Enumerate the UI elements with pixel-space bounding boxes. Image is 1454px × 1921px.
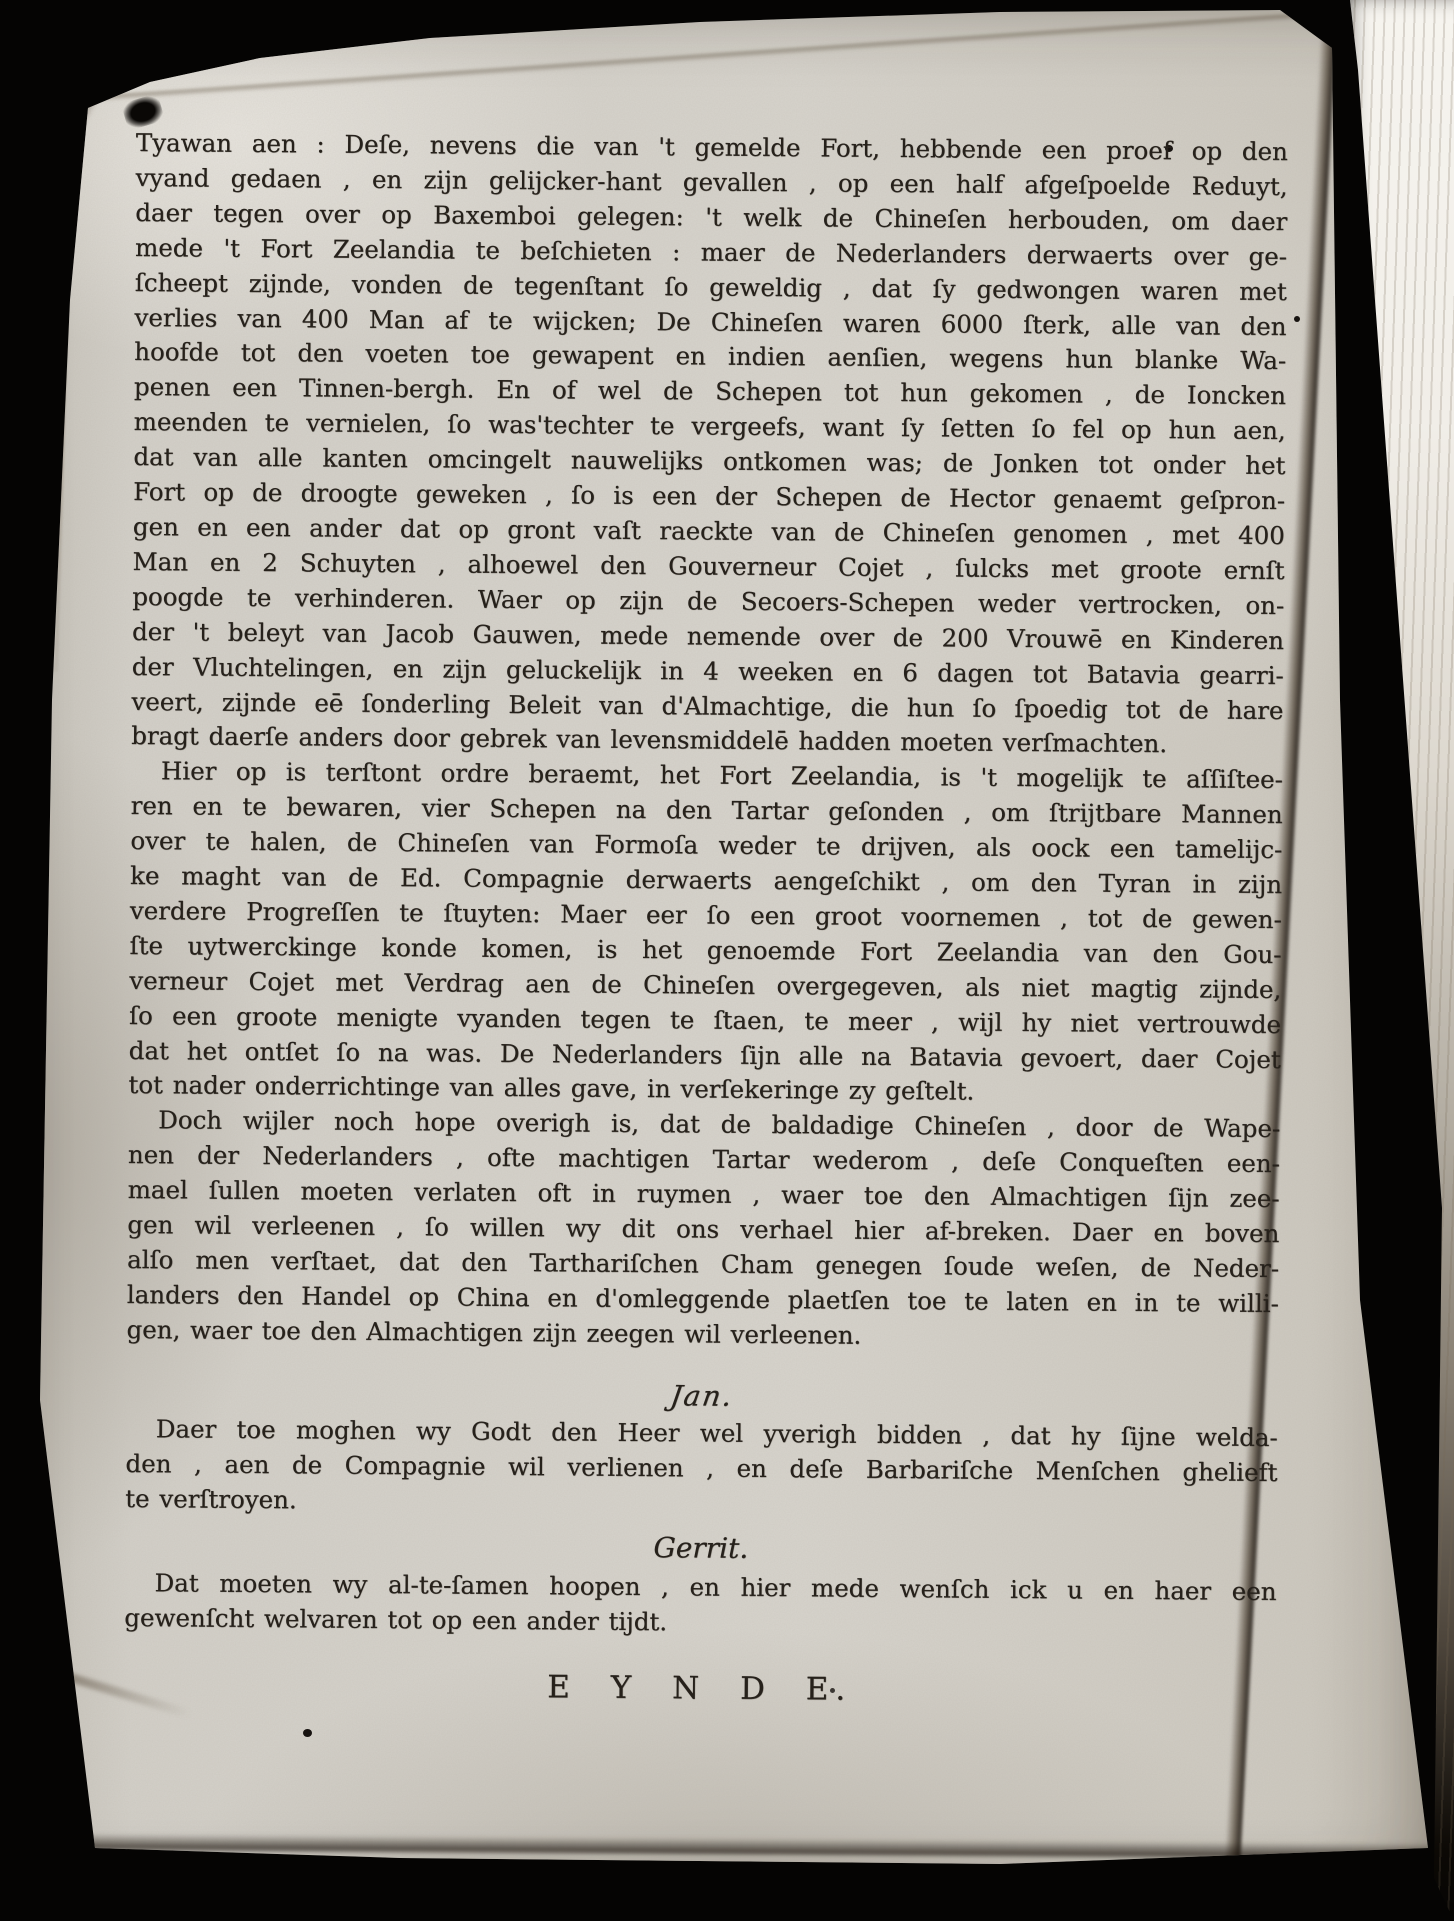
speaker-name-gerrit: Gerrit. xyxy=(125,1526,1277,1571)
ink-speck xyxy=(303,1729,312,1737)
photograph-background: Tyawan aen : Deſe, nevens die van 't gem… xyxy=(0,0,1454,1921)
book-page: Tyawan aen : Deſe, nevens die van 't gem… xyxy=(0,0,1454,1921)
printed-text-block: Tyawan aen : Deſe, nevens die van 't gem… xyxy=(124,126,1288,1713)
speaker-name-jan: Jan. xyxy=(123,1374,1280,1419)
ink-speck xyxy=(1294,316,1300,322)
